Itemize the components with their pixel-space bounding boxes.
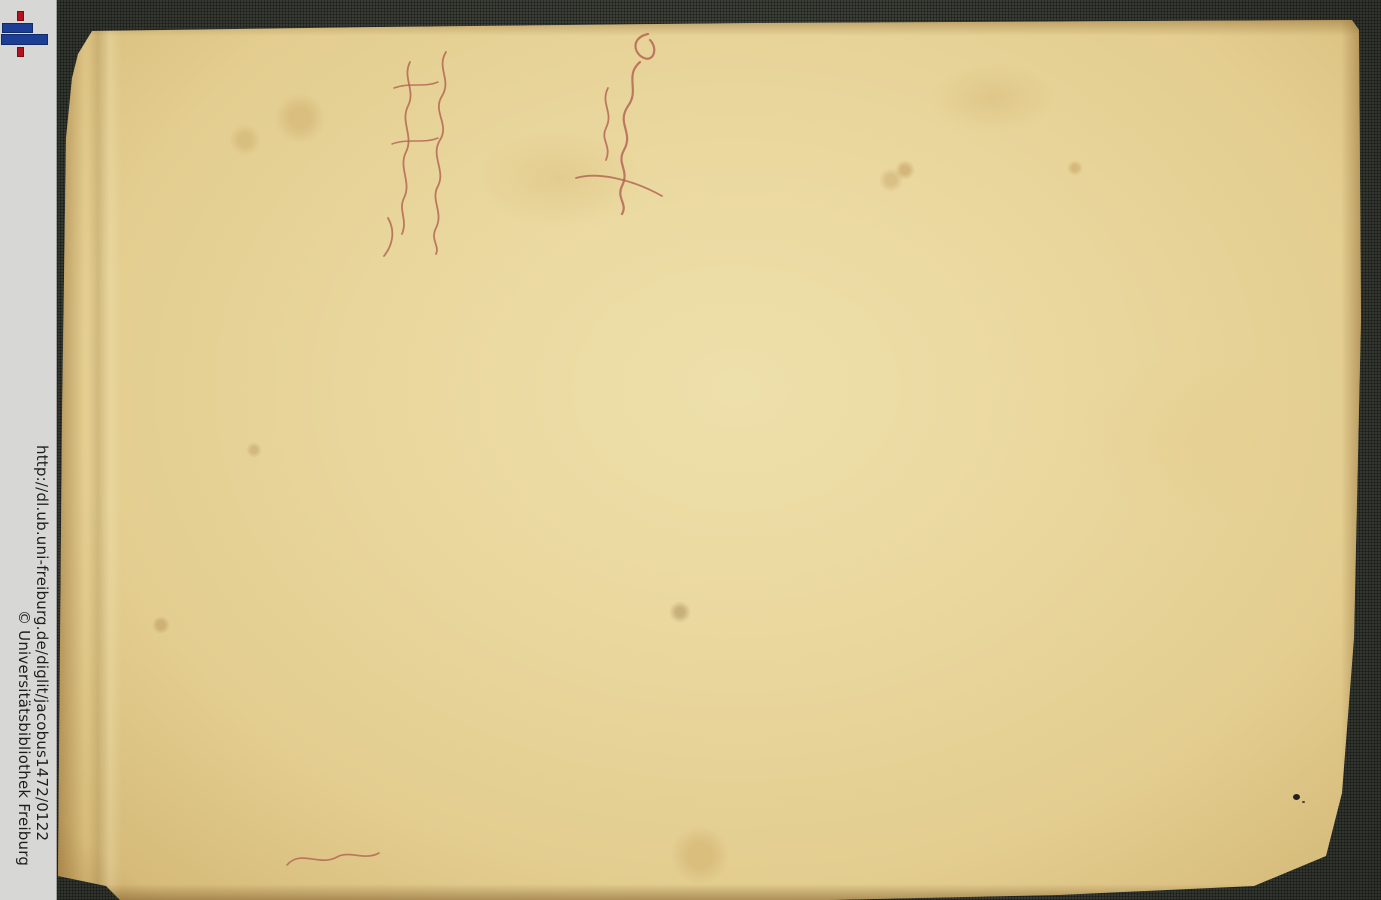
- red-cursive-note: [380, 48, 485, 258]
- scan-viewer-canvas: { "watermark_strip": { "url_text": "http…: [0, 0, 1381, 900]
- logo-red-square-bottom: [17, 47, 24, 57]
- ink-blot: [1293, 794, 1300, 800]
- logo-blue-bar-short: [2, 23, 33, 33]
- copyright-watermark: © Universitätsbibliothek Freiburg: [15, 610, 33, 866]
- parchment-stains: [58, 18, 1363, 900]
- watermark-strip: http://dl.ub.uni-freiburg.de/diglit/jaco…: [0, 0, 57, 900]
- red-squiggle-under-last-line: [283, 845, 383, 871]
- logo-blue-bar-long: [1, 34, 48, 45]
- image-url-watermark: http://dl.ub.uni-freiburg.de/diglit/jaco…: [33, 445, 51, 841]
- manuscript-page: [58, 18, 1363, 900]
- red-flourish-annotation: [570, 28, 680, 223]
- library-logo-icon: [0, 0, 57, 64]
- parchment-edge-shading: [58, 18, 1363, 900]
- logo-red-square-top: [17, 11, 24, 21]
